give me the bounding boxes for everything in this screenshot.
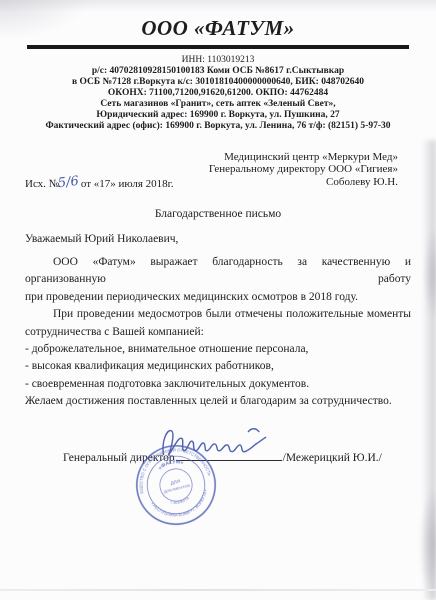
letter-body: ООО «Фатум» выражает благодарность за ка… (25, 254, 411, 411)
requisites-legal-address: Юридический адрес: 169900 г. Воркута, ул… (0, 110, 436, 121)
paragraph1-line2: при проведении периодических медицинских… (25, 289, 411, 306)
paragraph1-line1: ООО «Фатум» выражает благодарность за ка… (25, 254, 411, 289)
svg-text:г. ВОРКУТА: г. ВОРКУТА (169, 495, 191, 507)
requisites-retail-chains: Сеть магазинов «Гранит», сеть аптек «Зел… (0, 99, 436, 110)
letter-title: Благодарственное письмо (0, 208, 436, 220)
recipient-person: Соболеву Ю.Н. (209, 176, 398, 188)
requisites-corr-account: в ОСБ №7128 г.Воркута к/с: 3010181040000… (0, 77, 436, 88)
signer-name-printed: /Межерицкий Ю.И./ (283, 452, 382, 464)
scan-smudge-right-lower (420, 490, 436, 600)
bullet-item-1: - доброжелательное, внимательное отношен… (25, 341, 411, 358)
outgoing-number-handwritten: 5/6 (57, 174, 80, 191)
stamp-outer-ring-bottom-text: • РЕСПУБЛИКА КОМИ • Г. ВОРКУТА • (149, 487, 213, 523)
recipient-position: Генеральному директору ООО «Гигиея» (209, 163, 398, 175)
bullet-item-3: - своевременная подготовка заключительны… (25, 376, 411, 393)
recipient-block: Медицинский центр «Меркури Мед» Генераль… (209, 151, 398, 188)
scan-smudge-right-upper (424, 230, 436, 320)
bullet-item-2: - высокая квалификация медицинских работ… (25, 358, 411, 375)
recipient-organization: Медицинский центр «Меркури Мед» (209, 151, 398, 163)
svg-text:• РЕСПУБЛИКА КОМИ • Г. ВОРКУТА: • РЕСПУБЛИКА КОМИ • Г. ВОРКУТА • (149, 487, 213, 523)
paragraph2-line2: сотрудничества с Вашей компанией: (25, 324, 411, 341)
requisites-okonh-okpo: ОКОНХ: 71100,71200,91620,61200. ОКПО: 44… (0, 88, 436, 99)
salutation: Уважаемый Юрий Николаевич, (25, 233, 411, 245)
requisites-office-address: Фактический адрес (офис): 169900 г. Ворк… (0, 121, 436, 132)
letterhead-divider (27, 45, 409, 49)
scan-edge-bottom (0, 589, 436, 591)
requisites-account: р/с: 40702810928150100183 Коми ОСБ №8617… (0, 66, 436, 77)
outgoing-prefix: Исх. № (25, 178, 59, 190)
scanned-letter-page: ООО «ФАТУМ» ИНН: 1103019213 р/с: 4070281… (0, 0, 436, 600)
scan-corner-top-left (0, 0, 90, 40)
outgoing-reference-line: Исх. №5/6 от «17» июля 2018г. (25, 176, 174, 191)
signature-row: Генеральный директор/Межерицкий Ю.И./ (63, 449, 436, 467)
outgoing-date: от «17» июля 2018г. (78, 178, 174, 190)
requisites-inn: ИНН: 1103019213 (0, 55, 436, 66)
closing-line: Желаем достижения поставленных целей и б… (25, 393, 411, 410)
reference-and-recipient: Медицинский центр «Меркури Мед» Генераль… (0, 151, 436, 192)
paragraph2-line1: При проведении медосмотров были отмечены… (25, 306, 411, 323)
stamp-inner-ring-bottom-text: г. ВОРКУТА (169, 495, 191, 507)
